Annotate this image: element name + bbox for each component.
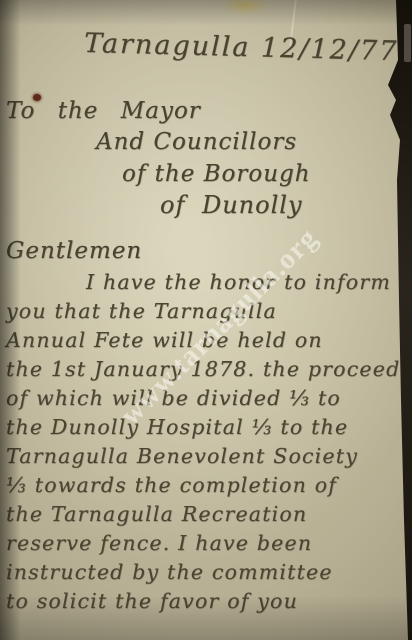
letter-body-line: to solicit the favor of you (6, 587, 410, 616)
addressee-line-councillors: And Councillors (96, 129, 297, 155)
letter-body-line: ⅓ towards the completion of (6, 471, 410, 500)
letter-body-line: the Tarnagulla Recreation (6, 500, 410, 529)
letter-body-line: Tarnagulla Benevolent Society (6, 442, 410, 471)
letter-salutation: Gentlemen (6, 238, 142, 264)
letter-body-line: I have the honor to inform (6, 268, 410, 297)
letter-body-line: reserve fence. I have been (6, 529, 410, 558)
addressee-line-mayor: To the Mayor (6, 98, 201, 124)
paper-stain (222, 0, 268, 15)
letter-photograph: Tarnagulla 12/12/77 To the Mayor And Cou… (0, 0, 412, 640)
edge-highlight (404, 24, 411, 62)
addressee-line-borough: of the Borough (122, 161, 311, 187)
letter-body-line: of which will be divided ⅓ to (6, 384, 410, 413)
addressee-line-dunolly: of Dunolly (160, 191, 302, 219)
letter-body-line: instructed by the committee (6, 558, 410, 587)
letter-dateline: Tarnagulla 12/12/77 (84, 28, 399, 67)
letter-body-line: the Dunolly Hospital ⅓ to the (6, 413, 410, 442)
